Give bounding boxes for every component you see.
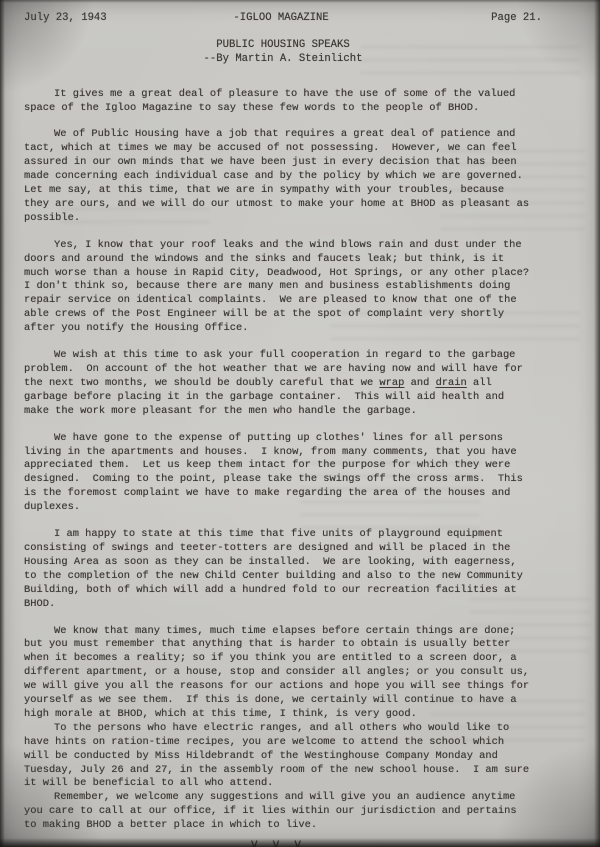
article-paragraph: Remember, we welcome any suggestions and… <box>24 791 530 833</box>
masthead-row: July 23, 1943 -IGLOO MAGAZINE Page 21. <box>24 12 542 28</box>
article-paragraph: We know that many times, much time elaps… <box>24 625 530 722</box>
underlined-word: wrap <box>379 377 404 389</box>
article-paragraph: To the persons who have electric ranges,… <box>24 722 530 792</box>
end-of-article-mark: V V V <box>10 840 542 847</box>
underlined-word: drain <box>436 377 467 389</box>
article-paragraph: It gives me a great deal of pleasure to … <box>24 88 530 116</box>
article-body: It gives me a great deal of pleasure to … <box>24 88 530 834</box>
article-paragraph: Yes, I know that your roof leaks and the… <box>24 239 530 336</box>
article-byline: --By Martin A. Steinlicht <box>24 53 542 67</box>
article-title: PUBLIC HOUSING SPEAKS <box>24 39 542 53</box>
scanned-page: July 23, 1943 -IGLOO MAGAZINE Page 21. P… <box>0 0 600 847</box>
article-paragraph: We have gone to the expense of putting u… <box>24 432 530 515</box>
page-number: Page 21. <box>491 12 542 24</box>
page-content: July 23, 1943 -IGLOO MAGAZINE Page 21. P… <box>0 0 600 847</box>
article-paragraph: We of Public Housing have a job that req… <box>24 128 530 225</box>
article-paragraph: We wish at this time to ask your full co… <box>24 349 530 419</box>
paragraph-text: and <box>404 377 435 389</box>
article-paragraph: I am happy to state at this time that fi… <box>24 528 530 611</box>
issue-date: July 23, 1943 <box>24 12 107 24</box>
title-block: PUBLIC HOUSING SPEAKS --By Martin A. Ste… <box>24 39 542 67</box>
magazine-title: -IGLOO MAGAZINE <box>233 12 328 24</box>
